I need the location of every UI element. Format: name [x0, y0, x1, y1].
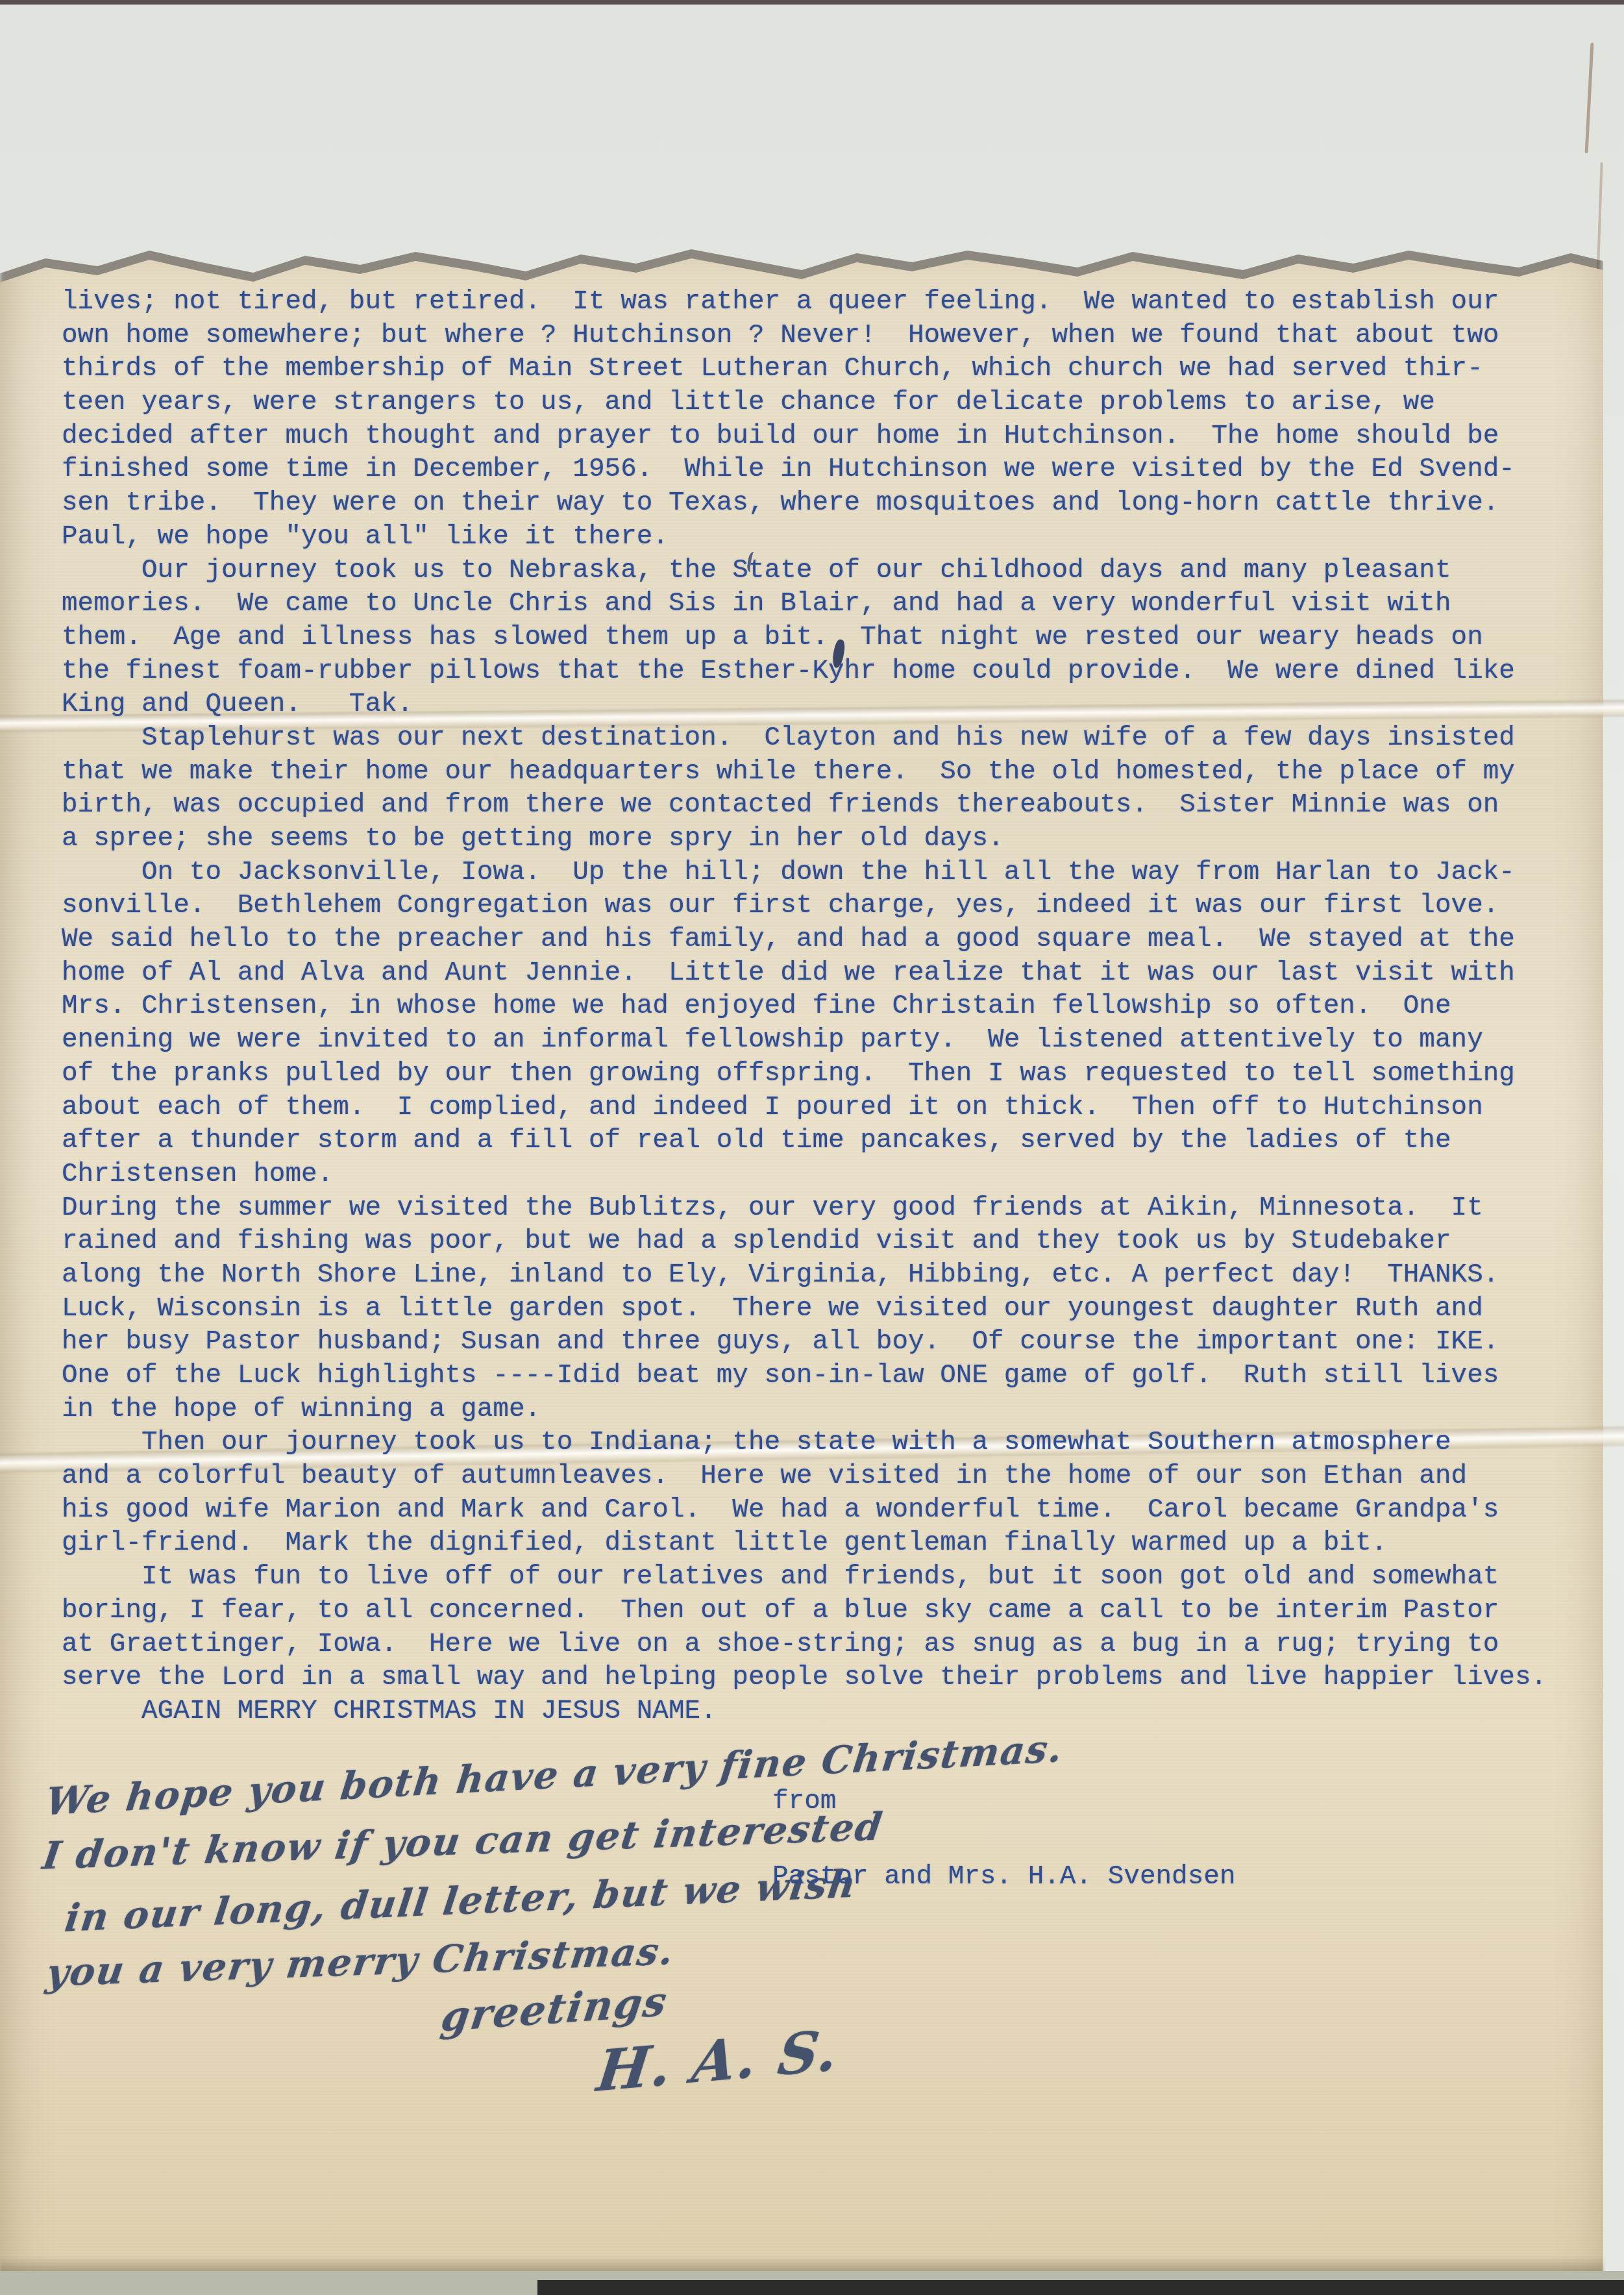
typed-line: AGAIN MERRY CHRISTMAS IN JESUS NAME.: [62, 1695, 1547, 1729]
typed-line: and a colorful beauty of autumnleaves. H…: [62, 1460, 1547, 1494]
scanner-scuff-mark: [1585, 43, 1594, 153]
scanner-bottom-dark-strip: [537, 2280, 1624, 2295]
typed-line: serve the Lord in a small way and helpin…: [62, 1661, 1547, 1695]
typed-line: Staplehurst was our next destination. Cl…: [62, 722, 1547, 756]
typed-line: Paul, we hope "you all" like it there.: [62, 521, 1547, 554]
typed-line: boring, I fear, to all concerned. Then o…: [62, 1594, 1547, 1628]
typed-line: the finest foam-rubber pillows that the …: [62, 655, 1547, 689]
typed-line: Our journey took us to Nebraska, the Sta…: [62, 554, 1547, 588]
typed-line: sen tribe. They were on their way to Tex…: [62, 487, 1547, 521]
typed-line: sonville. Bethlehem Congregation was our…: [62, 889, 1547, 923]
typed-line: that we make their home our headquarters…: [62, 756, 1547, 789]
typed-line: her busy Pastor husband; Susan and three…: [62, 1326, 1547, 1359]
typed-line: at Graettinger, Iowa. Here we live on a …: [62, 1628, 1547, 1662]
scanned-letter-page: { "colors": { "paper": "#e6dcc4", "typed…: [0, 0, 1624, 2295]
typed-line: his good wife Marion and Mark and Carol.…: [62, 1494, 1547, 1528]
typed-line: finished some time in December, 1956. Wh…: [62, 453, 1547, 487]
typed-line: Luck, Wisconsin is a little garden spot.…: [62, 1293, 1547, 1326]
typed-line: decided after much thought and prayer to…: [62, 420, 1547, 454]
typed-line: them. Age and illness has slowed them up…: [62, 621, 1547, 655]
typed-line: a spree; she seems to be getting more sp…: [62, 823, 1547, 856]
typed-line: Then our journey took us to Indiana; the…: [62, 1426, 1547, 1460]
typed-line: King and Queen. Tak.: [62, 688, 1547, 722]
scanner-edge-strip: [0, 0, 1624, 5]
typed-signature-line: Pastor and Mrs. H.A. Svendsen: [772, 1862, 1236, 1892]
typed-line: On to Jacksonville, Iowa. Up the hill; d…: [62, 856, 1547, 890]
typed-line: along the North Shore Line, inland to El…: [62, 1259, 1547, 1293]
typed-line: We said hello to the preacher and his fa…: [62, 923, 1547, 957]
typed-line: Christensen home.: [62, 1158, 1547, 1192]
typed-letter-body: lives; not tired, but retired. It was ra…: [62, 286, 1547, 1729]
typed-line: of the pranks pulled by our then growing…: [62, 1058, 1547, 1091]
typed-line: own home somewhere; but where ? Hutchins…: [62, 319, 1547, 353]
typed-line: It was fun to live off of our relatives …: [62, 1561, 1547, 1594]
typed-line: memories. We came to Uncle Chris and Sis…: [62, 588, 1547, 621]
typed-line: teen years, were strangers to us, and li…: [62, 386, 1547, 420]
typed-line: in the hope of winning a game.: [62, 1393, 1547, 1427]
typed-line: Mrs. Christensen, in whose home we had e…: [62, 990, 1547, 1024]
typed-from-label: from: [772, 1787, 836, 1817]
typed-line: girl-friend. Mark the dignified, distant…: [62, 1527, 1547, 1561]
typed-line: lives; not tired, but retired. It was ra…: [62, 286, 1547, 319]
typed-line: birth, was occupied and from there we co…: [62, 789, 1547, 823]
typed-line: One of the Luck highlights ----Idid beat…: [62, 1359, 1547, 1393]
typed-line: home of Al and Alva and Aunt Jennie. Lit…: [62, 957, 1547, 991]
typed-line: after a thunder storm and a fill of real…: [62, 1124, 1547, 1158]
typed-line: about each of them. I complied, and inde…: [62, 1091, 1547, 1125]
typed-line: thirds of the membership of Main Street …: [62, 353, 1547, 386]
typed-line: rained and fishing was poor, but we had …: [62, 1225, 1547, 1259]
typed-line: enening we were invited to an informal f…: [62, 1024, 1547, 1058]
typed-line: During the summer we visited the Bublitz…: [62, 1192, 1547, 1226]
